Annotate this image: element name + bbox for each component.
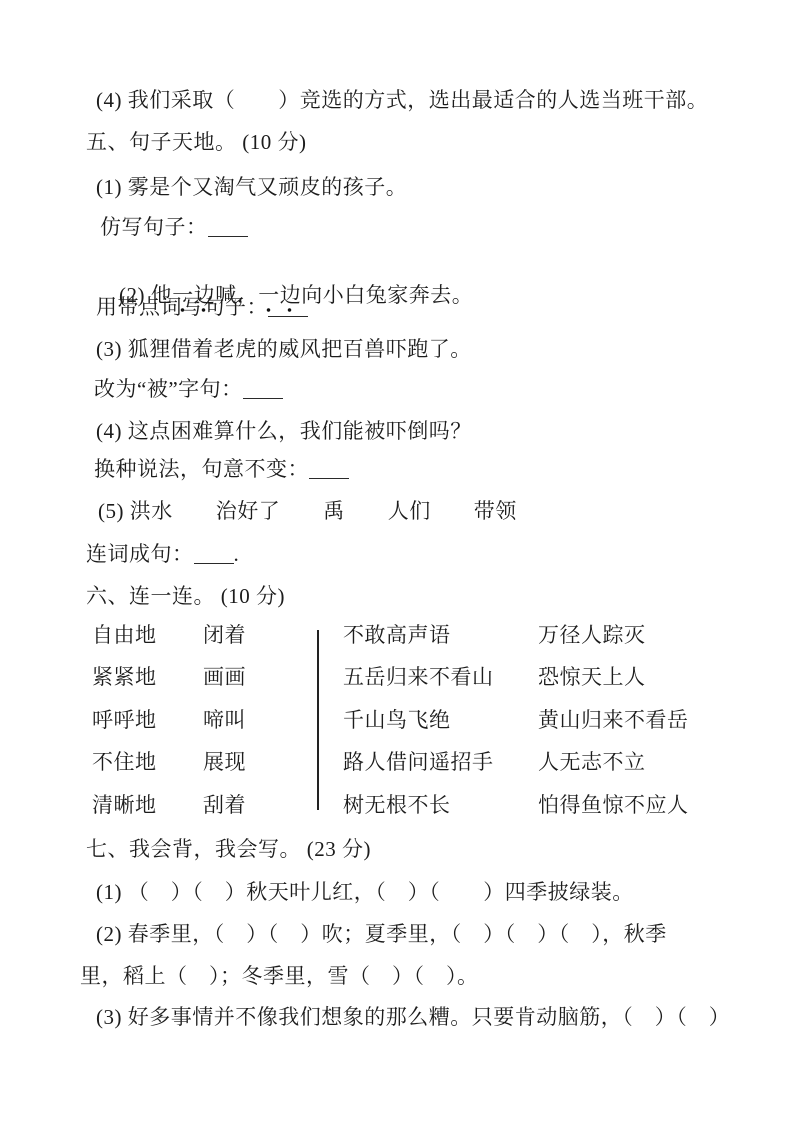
s5-prompt-5-label: 连词成句： [86,540,194,568]
match-word: 展现 [203,748,246,776]
match-phrase: 千山鸟飞绝 [343,706,451,734]
s7-item-2-line2: 里，稻上（ ）；冬季里，雪（ ）（ ）。 [80,962,479,990]
match-phrase: 五岳归来不看山 [343,663,494,691]
s5-prompt-2-row: 用带点词写句子： [96,293,648,321]
s5-prompt-4-label: 换种说法，句意不变： [94,455,309,483]
section-5-heading: 五、句子天地。 (10 分) [86,128,307,156]
s7-item-3: (3) 好多事情并不像我们想象的那么糟。只要肯动脑筋，（ ）（ ） [96,1003,730,1031]
match-phrase: 怕得鱼惊不应人 [538,791,689,819]
match-phrase: 树无根不长 [343,791,451,819]
answer-blank-2 [268,316,308,317]
match-word: 刮着 [203,791,246,819]
match-phrase: 黄山归来不看岳 [538,706,689,734]
answer-blank-5 [194,563,234,564]
s5-prompt-3-row: 改为“被”字句： [94,375,646,403]
match-word: 闭着 [203,621,246,649]
s5-item-5: (5) 洪水 治好了 禹 人们 带领 [98,497,517,525]
match-word: 呼呼地 [92,706,157,734]
match-word: 啼叫 [203,706,246,734]
s7-item-1: (1) （ ）（ ）秋天叶儿红，（ ）（ ）四季披绿装。 [96,878,634,906]
match-word: 画画 [203,663,246,691]
match-phrase: 不敢高声语 [343,621,451,649]
section-7-heading: 七、我会背，我会写。 (23 分) [86,835,371,863]
match-word: 自由地 [92,621,157,649]
s5-item-3: (3) 狐狸借着老虎的威风把百兽吓跑了。 [96,335,472,363]
answer-blank-4 [309,478,349,479]
s5-prompt-1-row: 仿写句子： [100,213,652,241]
match-phrase: 人无志不立 [538,748,646,776]
s7-item-2-line1: (2) 春季里，（ ）（ ）吹；夏季里，（ ）（ ）（ ），秋季 [96,920,667,948]
s5-prompt-5-period: . [234,540,240,568]
match-phrase: 路人借问遥招手 [343,748,494,776]
column-divider [317,630,319,810]
answer-blank-3 [243,398,283,399]
match-word: 紧紧地 [92,663,157,691]
s5-prompt-5-row: 连词成句： . [86,540,672,568]
section-6-heading: 六、连一连。 (10 分) [86,582,285,610]
match-phrase: 恐惊天上人 [538,663,646,691]
s5-item-4: (4) 这点困难算什么，我们能被吓倒吗？ [96,417,472,445]
answer-blank-1 [208,236,248,237]
exam-page: (4) 我们采取（ ）竞选的方式，选出最适合的人选当班干部。 五、句子天地。 (… [0,0,793,1122]
s5-prompt-1-label: 仿写句子： [100,213,208,241]
s5-prompt-4-row: 换种说法，句意不变： [94,455,656,483]
s5-prompt-3-label: 改为“被”字句： [94,375,243,403]
match-phrase: 万径人踪灭 [538,621,646,649]
s5-prompt-2-label: 用带点词写句子： [96,293,268,321]
match-word: 清晰地 [92,791,157,819]
s5-item-1: (1) 雾是个又淘气又顽皮的孩子。 [96,173,407,201]
match-word: 不住地 [92,748,157,776]
question-4-line: (4) 我们采取（ ）竞选的方式，选出最适合的人选当班干部。 [96,86,708,114]
